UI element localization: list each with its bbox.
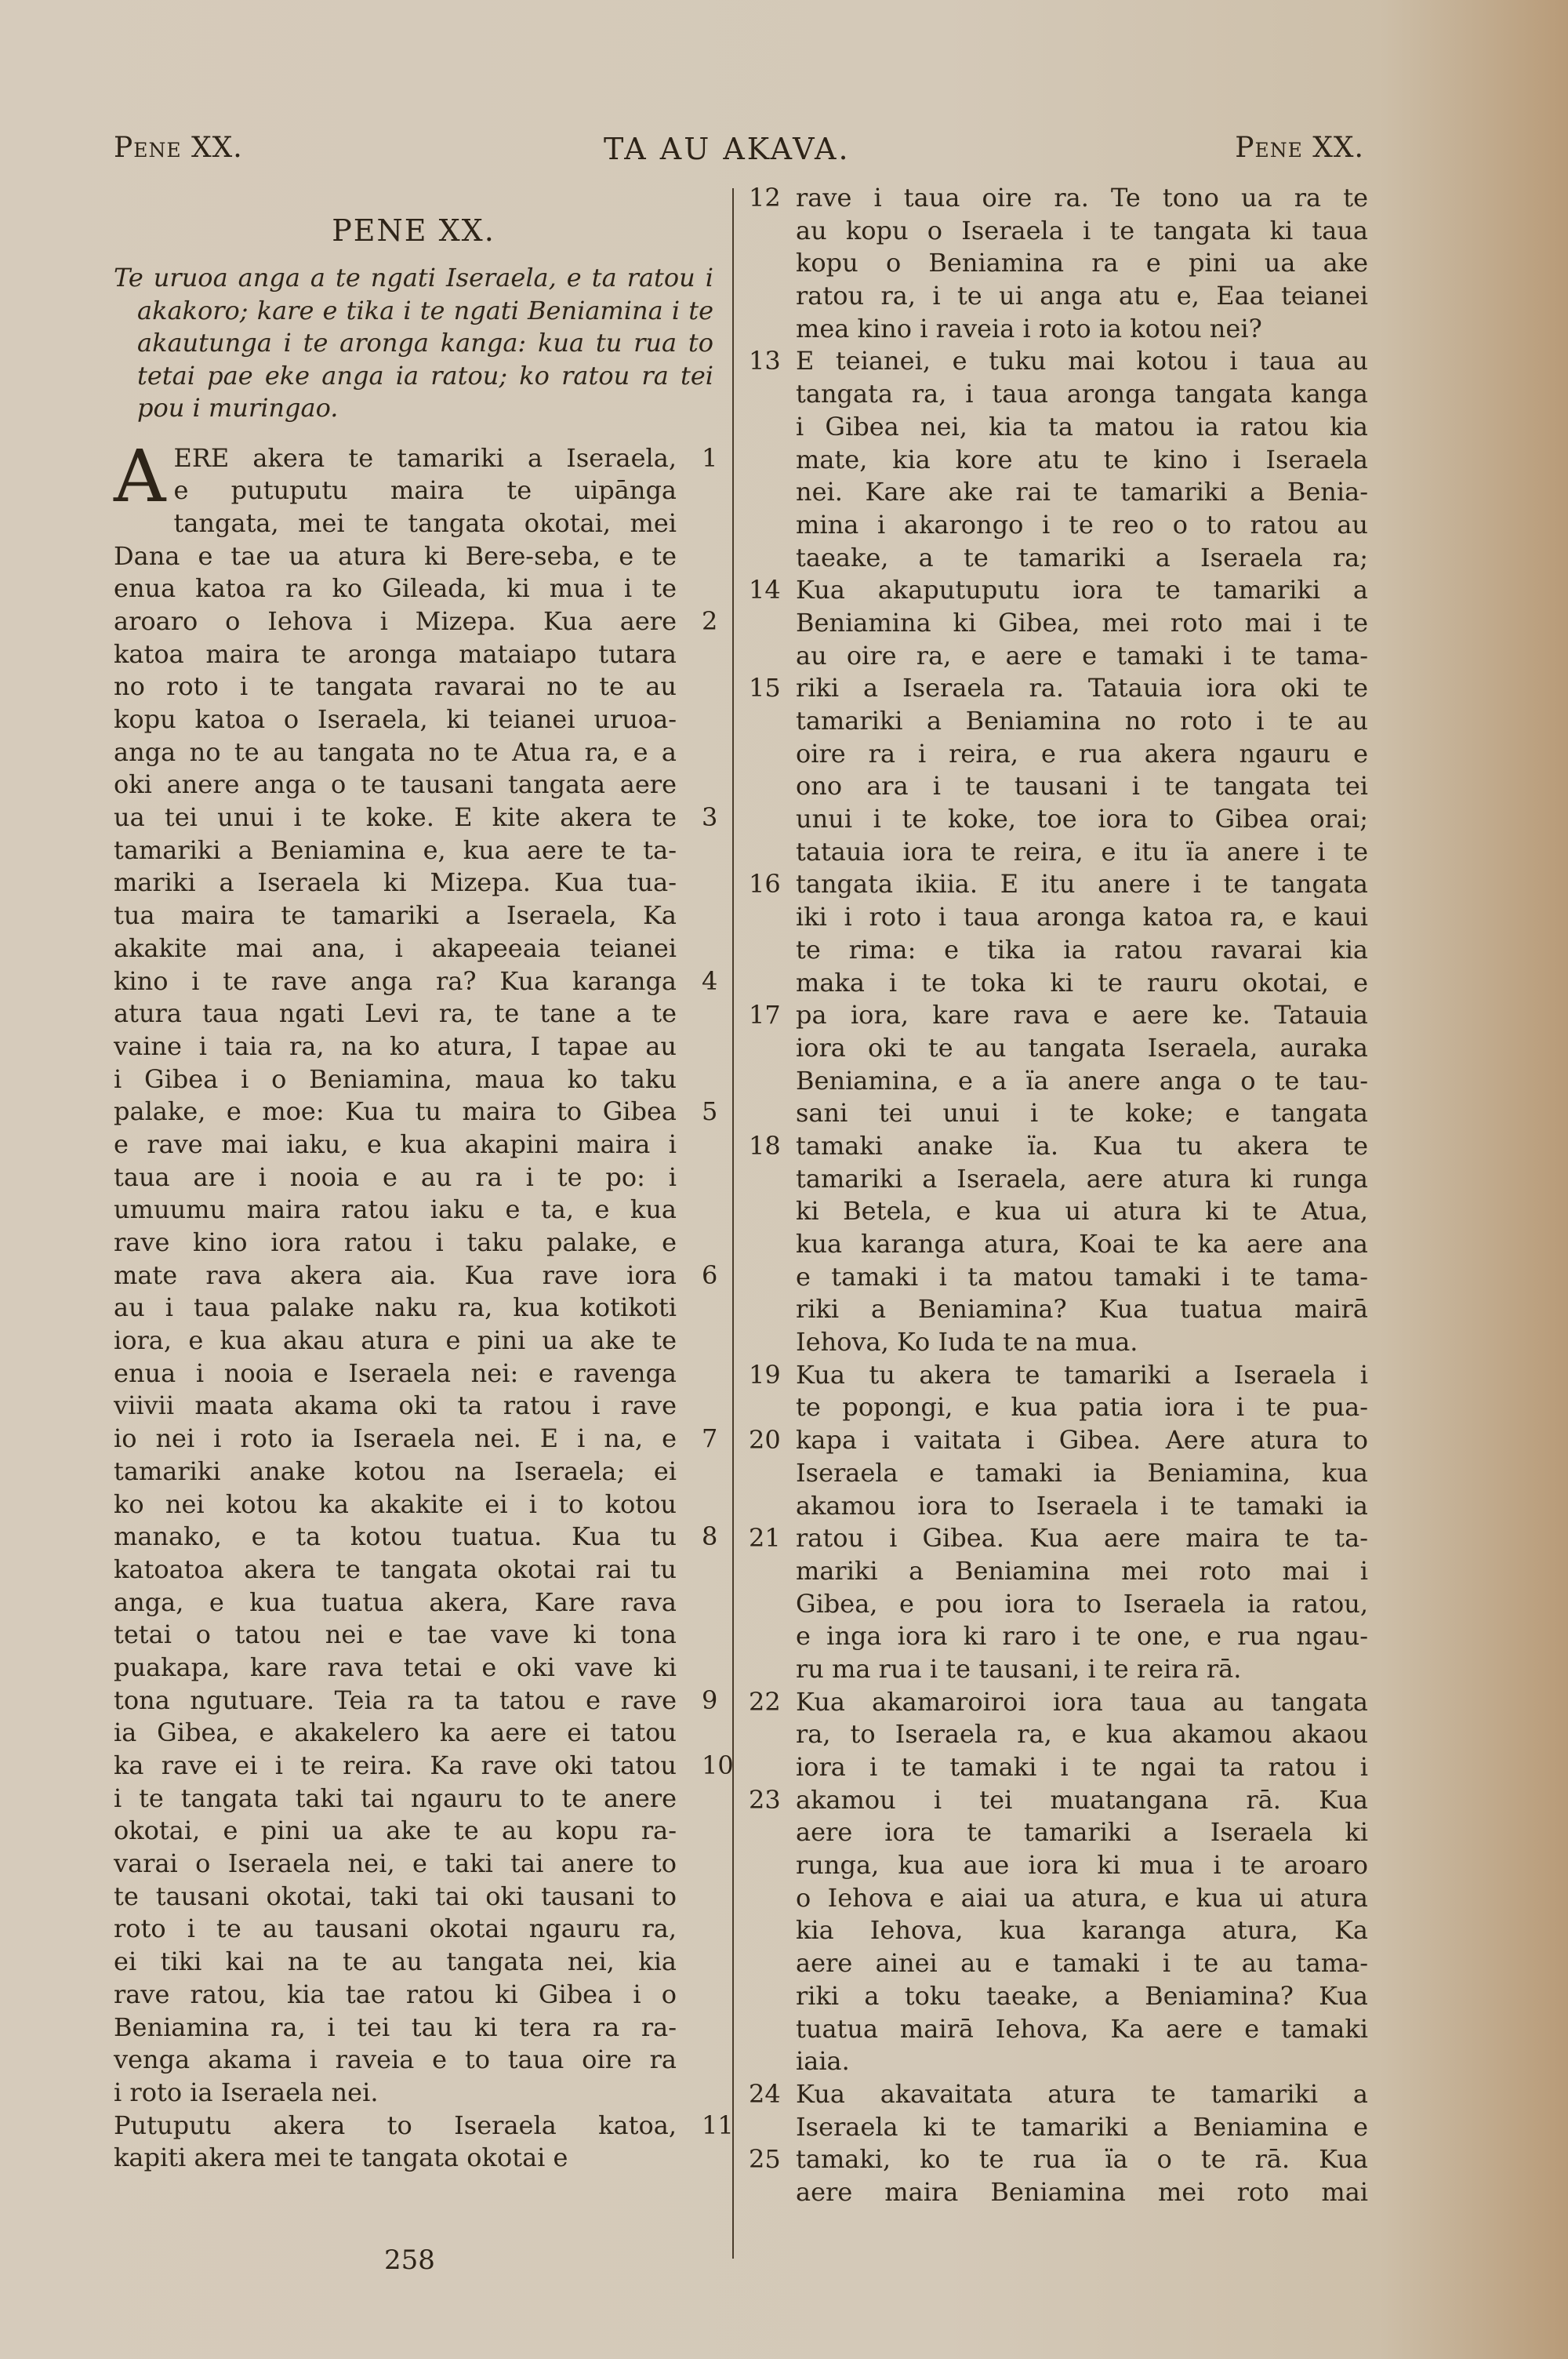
line-text: Beniamina ki Gibea, mei roto mai i te — [796, 608, 1368, 638]
line-text: tamaki anake ïa. Kua tu akera te — [796, 1131, 1368, 1161]
text-line: ono ara i te tausani i te tangata tei — [741, 770, 1368, 803]
verse-number: 15 — [749, 672, 781, 705]
verse-number: 18 — [749, 1130, 781, 1163]
text-line: Putuputu akera to Iseraela katoa,11 — [114, 2110, 677, 2143]
text-line: taeake, a te tamariki a Iseraela ra; — [741, 542, 1368, 575]
text-line: pa iora, kare rava e aere ke. Tatauia17 — [741, 999, 1368, 1032]
line-text: Kua tu akera te tamariki a Iseraela i — [796, 1360, 1368, 1390]
text-line: aere maira Beniamina mei roto mai — [741, 2176, 1368, 2209]
text-line: ko nei kotou ka akakite ei i to kotou — [114, 1488, 677, 1521]
text-line: tetai o tatou nei e tae vave ki tona — [114, 1619, 677, 1652]
line-text: ono ara i te tausani i te tangata tei — [796, 771, 1368, 801]
text-line: aroaro o Iehova i Mizepa. Kua aere2 — [114, 605, 677, 638]
text-line: Kua akavaitata atura te tamariki a24 — [741, 2078, 1368, 2111]
text-line: atura taua ngati Levi ra, te tane a te — [114, 998, 677, 1030]
line-text: aere maira Beniamina mei roto mai — [796, 2177, 1368, 2207]
line-text: tetai o tatou nei e tae vave ki tona — [114, 1619, 677, 1649]
text-line: katoa maira te aronga mataiapo tutara — [114, 638, 677, 671]
text-line: ei tiki kai na te au tangata nei, kia — [114, 1946, 677, 1979]
line-text: nei. Kare ake rai te tamariki a Benia- — [796, 477, 1368, 507]
line-text: i Gibea i o Beniamina, maua ko taku — [114, 1064, 677, 1094]
line-text: tamaki, ko te rua ïa o te rā. Kua — [796, 2144, 1368, 2174]
verse-number: 13 — [749, 345, 781, 378]
verse-number: 9 — [702, 1685, 717, 1717]
line-text: rave kino iora ratou i taku palake, e — [114, 1227, 677, 1257]
line-text: no roto i te tangata ravarai no te au — [114, 671, 677, 701]
text-line: mariki a Beniamina mei roto mai i — [741, 1555, 1368, 1588]
running-head-title: TA AU AKAVA. — [604, 132, 851, 166]
verse-number: 19 — [749, 1359, 781, 1392]
text-line: iora oki te au tangata Iseraela, auraka — [741, 1032, 1368, 1065]
line-text: runga, kua aue iora ki mua i te aroaro — [796, 1850, 1368, 1880]
verse-number: 23 — [749, 1784, 781, 1817]
line-text: tangata ra, i taua aronga tangata kanga — [796, 379, 1368, 409]
text-line: katoatoa akera te tangata okotai rai tu — [114, 1554, 677, 1587]
text-line: Kua akaputuputu iora te tamariki a14 — [741, 574, 1368, 607]
text-line: kia Iehova, kua karanga atura, Ka — [741, 1914, 1368, 1947]
verse-number: 25 — [749, 2143, 781, 2176]
text-line: aere ainei au e tamaki i te au tama- — [741, 1947, 1368, 1980]
verse-number: 14 — [749, 574, 781, 607]
line-text: e inga iora ki raro i te one, e rua ngau… — [796, 1621, 1368, 1651]
line-text: mea kino i raveia i roto ia kotou nei? — [796, 314, 1262, 343]
text-line: akakite mai ana, i akapeeaia teianei — [114, 932, 677, 965]
line-text: iora, e kua akau atura e pini ua ake te — [114, 1325, 677, 1355]
line-text: ki Betela, e kua ui atura ki te Atua, — [796, 1196, 1368, 1226]
line-text: au oire ra, e aere e tamaki i te tama- — [796, 641, 1368, 671]
running-head-right: Pene XX. — [1235, 132, 1364, 164]
line-text: ERE akera te tamariki a Iseraela, — [173, 443, 677, 473]
text-line: viivii maata akama oki ta ratou i rave — [114, 1390, 677, 1423]
line-text: tamariki a Beniamina e, kua aere te ta- — [114, 835, 677, 865]
line-text: au i taua palake naku ra, kua kotikoti — [114, 1292, 677, 1322]
text-line: puakapa, kare rava tetai e oki vave ki — [114, 1652, 677, 1685]
line-text: te tausani okotai, taki tai oki tausani … — [114, 1881, 677, 1911]
right-column-text: rave i taua oire ra. Te tono ua ra te12a… — [741, 182, 1368, 2209]
line-text: kopu katoa o Iseraela, ki teianei uruoa- — [114, 704, 677, 734]
line-text: kua karanga atura, Koai te ka aere ana — [796, 1229, 1368, 1259]
line-text: ua tei unui i te koke. E kite akera te — [114, 802, 677, 832]
line-text: tuatua mairā Iehova, Ka aere e tamaki — [796, 2014, 1368, 2044]
text-line: te rima: e tika ia ratou ravarai kia — [741, 934, 1368, 967]
text-line: iaia. — [741, 2045, 1368, 2078]
text-line: akamou i tei muatangana rā. Kua23 — [741, 1784, 1368, 1817]
text-line: Kua tu akera te tamariki a Iseraela i19 — [741, 1359, 1368, 1392]
chapter-title: PENE XX. — [114, 213, 713, 248]
text-line: Iseraela e tamaki ia Beniamina, kua — [741, 1457, 1368, 1490]
line-text: kopu o Beniamina ra e pini ua ake — [796, 248, 1368, 278]
line-text: e tamaki i ta matou tamaki i te tama- — [796, 1262, 1368, 1292]
text-line: i Gibea nei, kia ta matou ia ratou kia — [741, 411, 1368, 444]
line-text: i Gibea nei, kia ta matou ia ratou kia — [796, 412, 1368, 442]
text-line: tamaki, ko te rua ïa o te rā. Kua25 — [741, 2143, 1368, 2176]
line-text: oki anere anga o te tausani tangata aere — [114, 769, 677, 799]
line-text: taeake, a te tamariki a Iseraela ra; — [796, 543, 1368, 572]
verse-number: 7 — [702, 1423, 717, 1456]
text-line: e rave mai iaku, e kua akapini maira i — [114, 1129, 677, 1161]
text-line: enua katoa ra ko Gileada, ki mua i te — [114, 572, 677, 605]
text-line: riki a Iseraela ra. Tatauia iora oki te1… — [741, 672, 1368, 705]
line-text: mina i akarongo i te reo o to ratou au — [796, 510, 1368, 540]
line-text: te popongi, e kua patia iora i te pua- — [796, 1392, 1368, 1422]
text-line: i roto ia Iseraela nei. — [114, 2077, 677, 2110]
column-divider-rule — [732, 188, 734, 2259]
text-line: Beniamina, e a ïa anere anga o te tau- — [741, 1065, 1368, 1098]
running-head-left: Pene XX. — [114, 132, 243, 164]
text-line: varai o Iseraela nei, e taki tai anere t… — [114, 1848, 677, 1881]
text-line: ka rave ei i te reira. Ka rave oki tatou… — [114, 1750, 677, 1783]
line-text: ko nei kotou ka akakite ei i to kotou — [114, 1489, 677, 1519]
line-text: pa iora, kare rava e aere ke. Tatauia — [796, 1000, 1368, 1030]
text-line: oki anere anga o te tausani tangata aere — [114, 769, 677, 801]
line-text: ei tiki kai na te au tangata nei, kia — [114, 1946, 677, 1976]
line-text: e putuputu maira te uipānga — [173, 475, 677, 505]
line-text: iki i roto i taua aronga katoa ra, e kau… — [796, 902, 1368, 932]
line-text: aroaro o Iehova i Mizepa. Kua aere — [114, 606, 677, 636]
line-text: mate rava akera aia. Kua rave iora — [114, 1260, 677, 1290]
text-line: manako, e ta kotou tuatua. Kua tu8 — [114, 1521, 677, 1554]
line-text: unui i te koke, toe iora to Gibea orai; — [796, 804, 1368, 834]
text-line: o Iehova e aiai ua atura, e kua ui atura — [741, 1882, 1368, 1915]
text-line: kapa i vaitata i Gibea. Aere atura to20 — [741, 1424, 1368, 1457]
text-line: Iseraela ki te tamariki a Beniamina e — [741, 2111, 1368, 2144]
text-line: ratou i Gibea. Kua aere maira te ta-21 — [741, 1522, 1368, 1555]
line-text: kapa i vaitata i Gibea. Aere atura to — [796, 1425, 1368, 1455]
line-text: Kua akaputuputu iora te tamariki a — [796, 575, 1368, 605]
line-text: tona ngutuare. Teia ra ta tatou e rave — [114, 1685, 677, 1715]
text-line: kopu o Beniamina ra e pini ua ake — [741, 247, 1368, 280]
verse-number: 12 — [749, 182, 781, 215]
text-line: rave ratou, kia tae ratou ki Gibea i o — [114, 1979, 677, 2012]
line-text: katoatoa akera te tangata okotai rai tu — [114, 1554, 677, 1584]
right-column: rave i taua oire ra. Te tono ua ra te12a… — [741, 182, 1368, 2209]
line-text: viivii maata akama oki ta ratou i rave — [114, 1390, 677, 1420]
verse-number: 24 — [749, 2078, 781, 2111]
line-text: ra, to Iseraela ra, e kua akamou akaou — [796, 1719, 1368, 1749]
text-line: te popongi, e kua patia iora i te pua- — [741, 1391, 1368, 1424]
text-line: mate, kia kore atu te kino i Iseraela — [741, 444, 1368, 477]
line-text: Iehova, Ko Iuda te na mua. — [796, 1327, 1138, 1357]
text-line: kopu katoa o Iseraela, ki teianei uruoa- — [114, 703, 677, 736]
line-text: E teianei, e tuku mai kotou i taua au — [796, 346, 1368, 376]
line-text: palake, e moe: Kua tu maira to Gibea — [114, 1096, 677, 1126]
text-line: Beniamina ki Gibea, mei roto mai i te — [741, 607, 1368, 640]
line-text: iaia. — [796, 2046, 850, 2076]
line-text: Iseraela e tamaki ia Beniamina, kua — [796, 1458, 1368, 1488]
text-line: rave i taua oire ra. Te tono ua ra te12 — [741, 182, 1368, 215]
line-text: io nei i roto ia Iseraela nei. E i na, e — [114, 1423, 677, 1453]
line-text: riki a Iseraela ra. Tatauia iora oki te — [796, 673, 1368, 703]
verse-number: 3 — [702, 801, 717, 834]
text-line: ratou ra, i te ui anga atu e, Eaa teiane… — [741, 280, 1368, 313]
line-text: oire ra i reira, e rua akera ngauru e — [796, 739, 1368, 769]
text-line: te tausani okotai, taki tai oki tausani … — [114, 1881, 677, 1914]
text-line: kapiti akera mei te tangata okotai e — [114, 2142, 677, 2175]
text-line: Kua akamaroiroi iora taua au tangata22 — [741, 1686, 1368, 1719]
verse-number: 21 — [749, 1522, 781, 1555]
verse-number: 17 — [749, 999, 781, 1032]
text-line: runga, kua aue iora ki mua i te aroaro — [741, 1849, 1368, 1882]
line-text: aere iora te tamariki a Iseraela ki — [796, 1817, 1368, 1847]
text-line: riki a Beniamina? Kua tuatua mairā — [741, 1293, 1368, 1326]
text-line: Beniamina ra, i tei tau ki tera ra ra- — [114, 2012, 677, 2045]
text-line: tona ngutuare. Teia ra ta tatou e rave9 — [114, 1685, 677, 1717]
line-text: i te tangata taki tai ngauru to te anere — [114, 1783, 677, 1813]
text-line: ia Gibea, e akakelero ka aere ei tatou — [114, 1717, 677, 1750]
text-line: anga no te au tangata no te Atua ra, e a — [114, 736, 677, 769]
verse-number: 4 — [702, 965, 717, 998]
text-line: tatauia iora te reira, e itu ïa anere i … — [741, 836, 1368, 869]
text-line: tamaki anake ïa. Kua tu akera te18 — [741, 1130, 1368, 1163]
text-line: tuatua mairā Iehova, Ka aere e tamaki — [741, 2013, 1368, 2046]
line-text: riki a Beniamina? Kua tuatua mairā — [796, 1294, 1368, 1324]
line-text: kapiti akera mei te tangata okotai e — [114, 2143, 568, 2172]
line-text: Dana e tae ua atura ki Bere-seba, e te — [114, 541, 677, 571]
text-line: E teianei, e tuku mai kotou i taua au13 — [741, 345, 1368, 378]
verse-number: 8 — [702, 1521, 717, 1554]
text-line: i Gibea i o Beniamina, maua ko taku — [114, 1063, 677, 1096]
text-line: roto i te au tausani okotai ngauru ra, — [114, 1913, 677, 1946]
text-line: no roto i te tangata ravarai no te au — [114, 671, 677, 703]
text-line: palake, e moe: Kua tu maira to Gibea5 — [114, 1096, 677, 1129]
text-line: Dana e tae ua atura ki Bere-seba, e te — [114, 540, 677, 573]
line-text: mariki a Beniamina mei roto mai i — [796, 1556, 1368, 1586]
line-text: i roto ia Iseraela nei. — [114, 2077, 379, 2107]
text-line: kua karanga atura, Koai te ka aere ana — [741, 1228, 1368, 1261]
line-text: Putuputu akera to Iseraela katoa, — [114, 2110, 677, 2140]
line-text: mate, kia kore atu te kino i Iseraela — [796, 445, 1368, 474]
line-text: anga, e kua tuatua akera, Kare rava — [114, 1587, 677, 1617]
line-text: ratou i Gibea. Kua aere maira te ta- — [796, 1523, 1368, 1553]
chapter-summary: Te uruoa anga a te ngati Iseraela, e ta … — [114, 262, 713, 425]
text-line: tamariki a Beniamina e, kua aere te ta- — [114, 834, 677, 867]
line-text: Beniamina ra, i tei tau ki tera ra ra- — [114, 2012, 677, 2042]
verse-number: 10 — [702, 1750, 734, 1783]
line-text: manako, e ta kotou tuatua. Kua tu — [114, 1521, 677, 1551]
text-line: unui i te koke, toe iora to Gibea orai; — [741, 803, 1368, 836]
line-text: ia Gibea, e akakelero ka aere ei tatou — [114, 1717, 677, 1747]
text-line: umuumu maira ratou iaku e ta, e kua — [114, 1194, 677, 1227]
text-line: e tamaki i ta matou tamaki i te tama- — [741, 1261, 1368, 1294]
line-text: Kua akavaitata atura te tamariki a — [796, 2079, 1368, 2109]
line-text: tatauia iora te reira, e itu ïa anere i … — [796, 837, 1368, 867]
line-text: maka i te toka ki te rauru okotai, e — [796, 968, 1368, 998]
text-line: riki a toku taeake, a Beniamina? Kua — [741, 1980, 1368, 2013]
line-text: o Iehova e aiai ua atura, e kua ui atura — [796, 1883, 1368, 1913]
line-text: taua are i nooia e au ra i te po: i — [114, 1162, 677, 1192]
line-text: iora i te tamaki i te ngai ta ratou i — [796, 1752, 1368, 1782]
line-text: mariki a Iseraela ki Mizepa. Kua tua- — [114, 867, 677, 897]
line-text: rave i taua oire ra. Te tono ua ra te — [796, 183, 1368, 213]
line-text: Kua akamaroiroi iora taua au tangata — [796, 1687, 1368, 1717]
text-line: kino i te rave anga ra? Kua karanga4 — [114, 965, 677, 998]
text-line: ru ma rua i te tausani, i te reira rā. — [741, 1653, 1368, 1686]
line-text: aere ainei au e tamaki i te au tama- — [796, 1948, 1368, 1978]
text-line: venga akama i raveia e to taua oire ra — [114, 2044, 677, 2077]
verse-number: 5 — [702, 1096, 717, 1129]
text-line: ua tei unui i te koke. E kite akera te3 — [114, 801, 677, 834]
text-line: tangata, mei te tangata okotai, mei — [114, 507, 677, 540]
line-text: te rima: e tika ia ratou ravarai kia — [796, 935, 1368, 965]
verse-number: 22 — [749, 1686, 781, 1719]
verse-number: 11 — [702, 2110, 734, 2143]
line-text: ka rave ei i te reira. Ka rave oki tatou — [114, 1750, 677, 1780]
text-line: tamariki a Beniamina no roto i te au — [741, 705, 1368, 738]
text-line: iora, e kua akau atura e pini ua ake te — [114, 1325, 677, 1358]
text-line: iki i roto i taua aronga katoa ra, e kau… — [741, 901, 1368, 934]
text-line: Iehova, Ko Iuda te na mua. — [741, 1326, 1368, 1359]
line-text: tangata, mei te tangata okotai, mei — [173, 508, 677, 538]
text-line: tamariki anake kotou na Iseraela; ei — [114, 1456, 677, 1488]
text-line: mariki a Iseraela ki Mizepa. Kua tua- — [114, 867, 677, 900]
text-line: io nei i roto ia Iseraela nei. E i na, e… — [114, 1423, 677, 1456]
text-line: tangata ikiia. E itu anere i te tangata1… — [741, 868, 1368, 901]
text-line: mea kino i raveia i roto ia kotou nei? — [741, 313, 1368, 346]
text-line: mate rava akera aia. Kua rave iora6 — [114, 1259, 677, 1292]
verse-number: 6 — [702, 1259, 717, 1292]
line-text: puakapa, kare rava tetai e oki vave ki — [114, 1652, 677, 1682]
line-text: Beniamina, e a ïa anere anga o te tau- — [796, 1066, 1368, 1096]
line-text: kia Iehova, kua karanga atura, Ka — [796, 1915, 1368, 1945]
verse-number: 16 — [749, 868, 781, 901]
text-line: au kopu o Iseraela i te tangata ki taua — [741, 215, 1368, 248]
line-text: Iseraela ki te tamariki a Beniamina e — [796, 2112, 1368, 2142]
text-line: i te tangata taki tai ngauru to te anere — [114, 1783, 677, 1816]
line-text: enua i nooia e Iseraela nei: e ravenga — [114, 1358, 677, 1388]
line-text: vaine i taia ra, na ko atura, I tapae au — [114, 1031, 677, 1061]
text-line: iora i te tamaki i te ngai ta ratou i — [741, 1751, 1368, 1784]
text-line: nei. Kare ake rai te tamariki a Benia- — [741, 476, 1368, 509]
text-line: vaine i taia ra, na ko atura, I tapae au — [114, 1030, 677, 1063]
text-line: akamou iora to Iseraela i te tamaki ia — [741, 1490, 1368, 1523]
line-text: e rave mai iaku, e kua akapini maira i — [114, 1129, 677, 1159]
line-text: tamariki a Iseraela, aere atura ki runga — [796, 1164, 1368, 1194]
text-line: maka i te toka ki te rauru okotai, e — [741, 967, 1368, 1000]
line-text: tua maira te tamariki a Iseraela, Ka — [114, 900, 677, 930]
text-line: au i taua palake naku ra, kua kotikoti — [114, 1292, 677, 1325]
line-text: anga no te au tangata no te Atua ra, e a — [114, 737, 677, 767]
text-line: tangata ra, i taua aronga tangata kanga — [741, 378, 1368, 411]
line-text: atura taua ngati Levi ra, te tane a te — [114, 998, 677, 1028]
line-text: tamariki a Beniamina no roto i te au — [796, 706, 1368, 736]
text-line: e inga iora ki raro i te one, e rua ngau… — [741, 1620, 1368, 1653]
line-text: ratou ra, i te ui anga atu e, Eaa teiane… — [796, 281, 1368, 311]
line-text: okotai, e pini ua ake te au kopu ra- — [114, 1816, 677, 1845]
line-text: katoa maira te aronga mataiapo tutara — [114, 639, 677, 669]
text-line: e putuputu maira te uipānga — [114, 474, 677, 507]
verse-number: 2 — [702, 605, 717, 638]
line-text: iora oki te au tangata Iseraela, auraka — [796, 1033, 1368, 1063]
text-line: ki Betela, e kua ui atura ki te Atua, — [741, 1195, 1368, 1228]
text-line: oire ra i reira, e rua akera ngauru e — [741, 738, 1368, 771]
text-line: ra, to Iseraela ra, e kua akamou akaou — [741, 1718, 1368, 1751]
line-text: varai o Iseraela nei, e taki tai anere t… — [114, 1848, 677, 1878]
text-line: sani tei unui i te koke; e tangata — [741, 1097, 1368, 1130]
line-text: umuumu maira ratou iaku e ta, e kua — [114, 1194, 677, 1224]
text-line: enua i nooia e Iseraela nei: e ravenga — [114, 1358, 677, 1390]
verse-number: 1 — [702, 442, 717, 475]
running-head: Pene XX. TA AU AKAVA. Pene XX. — [114, 132, 1364, 171]
line-text: kino i te rave anga ra? Kua karanga — [114, 966, 677, 996]
line-text: ru ma rua i te tausani, i te reira rā. — [796, 1654, 1241, 1684]
left-column-text: AERE akera te tamariki a Iseraela,1e put… — [114, 442, 713, 2175]
left-column: PENE XX. Te uruoa anga a te ngati Iserae… — [114, 213, 713, 2175]
text-line: aere iora te tamariki a Iseraela ki — [741, 1816, 1368, 1849]
text-line: tamariki a Iseraela, aere atura ki runga — [741, 1163, 1368, 1196]
line-text: akamou i tei muatangana rā. Kua — [796, 1785, 1368, 1815]
text-line: anga, e kua tuatua akera, Kare rava — [114, 1587, 677, 1619]
line-text: roto i te au tausani okotai ngauru ra, — [114, 1914, 677, 1943]
line-text: tangata ikiia. E itu anere i te tangata — [796, 869, 1368, 899]
verse-number: 20 — [749, 1424, 781, 1457]
line-text: enua katoa ra ko Gileada, ki mua i te — [114, 573, 677, 603]
line-text: tamariki anake kotou na Iseraela; ei — [114, 1456, 677, 1486]
line-text: rave ratou, kia tae ratou ki Gibea i o — [114, 1979, 677, 2009]
text-line: Gibea, e pou iora to Iseraela ia ratou, — [741, 1588, 1368, 1621]
line-text: au kopu o Iseraela i te tangata ki taua — [796, 216, 1368, 245]
line-text: Gibea, e pou iora to Iseraela ia ratou, — [796, 1589, 1368, 1619]
line-text: akamou iora to Iseraela i te tamaki ia — [796, 1491, 1368, 1521]
line-text: sani tei unui i te koke; e tangata — [796, 1098, 1368, 1128]
line-text: riki a toku taeake, a Beniamina? Kua — [796, 1981, 1368, 2011]
text-line: tua maira te tamariki a Iseraela, Ka — [114, 900, 677, 932]
text-line: au oire ra, e aere e tamaki i te tama- — [741, 640, 1368, 673]
text-line: rave kino iora ratou i taku palake, e — [114, 1227, 677, 1259]
line-text: venga akama i raveia e to taua oire ra — [114, 2045, 677, 2074]
text-line: taua are i nooia e au ra i te po: i — [114, 1161, 677, 1194]
text-line: okotai, e pini ua ake te au kopu ra- — [114, 1815, 677, 1848]
page-number: 258 — [384, 2245, 435, 2276]
line-text: akakite mai ana, i akapeeaia teianei — [114, 933, 677, 963]
text-line: AERE akera te tamariki a Iseraela,1 — [114, 442, 677, 475]
text-line: mina i akarongo i te reo o to ratou au — [741, 509, 1368, 542]
